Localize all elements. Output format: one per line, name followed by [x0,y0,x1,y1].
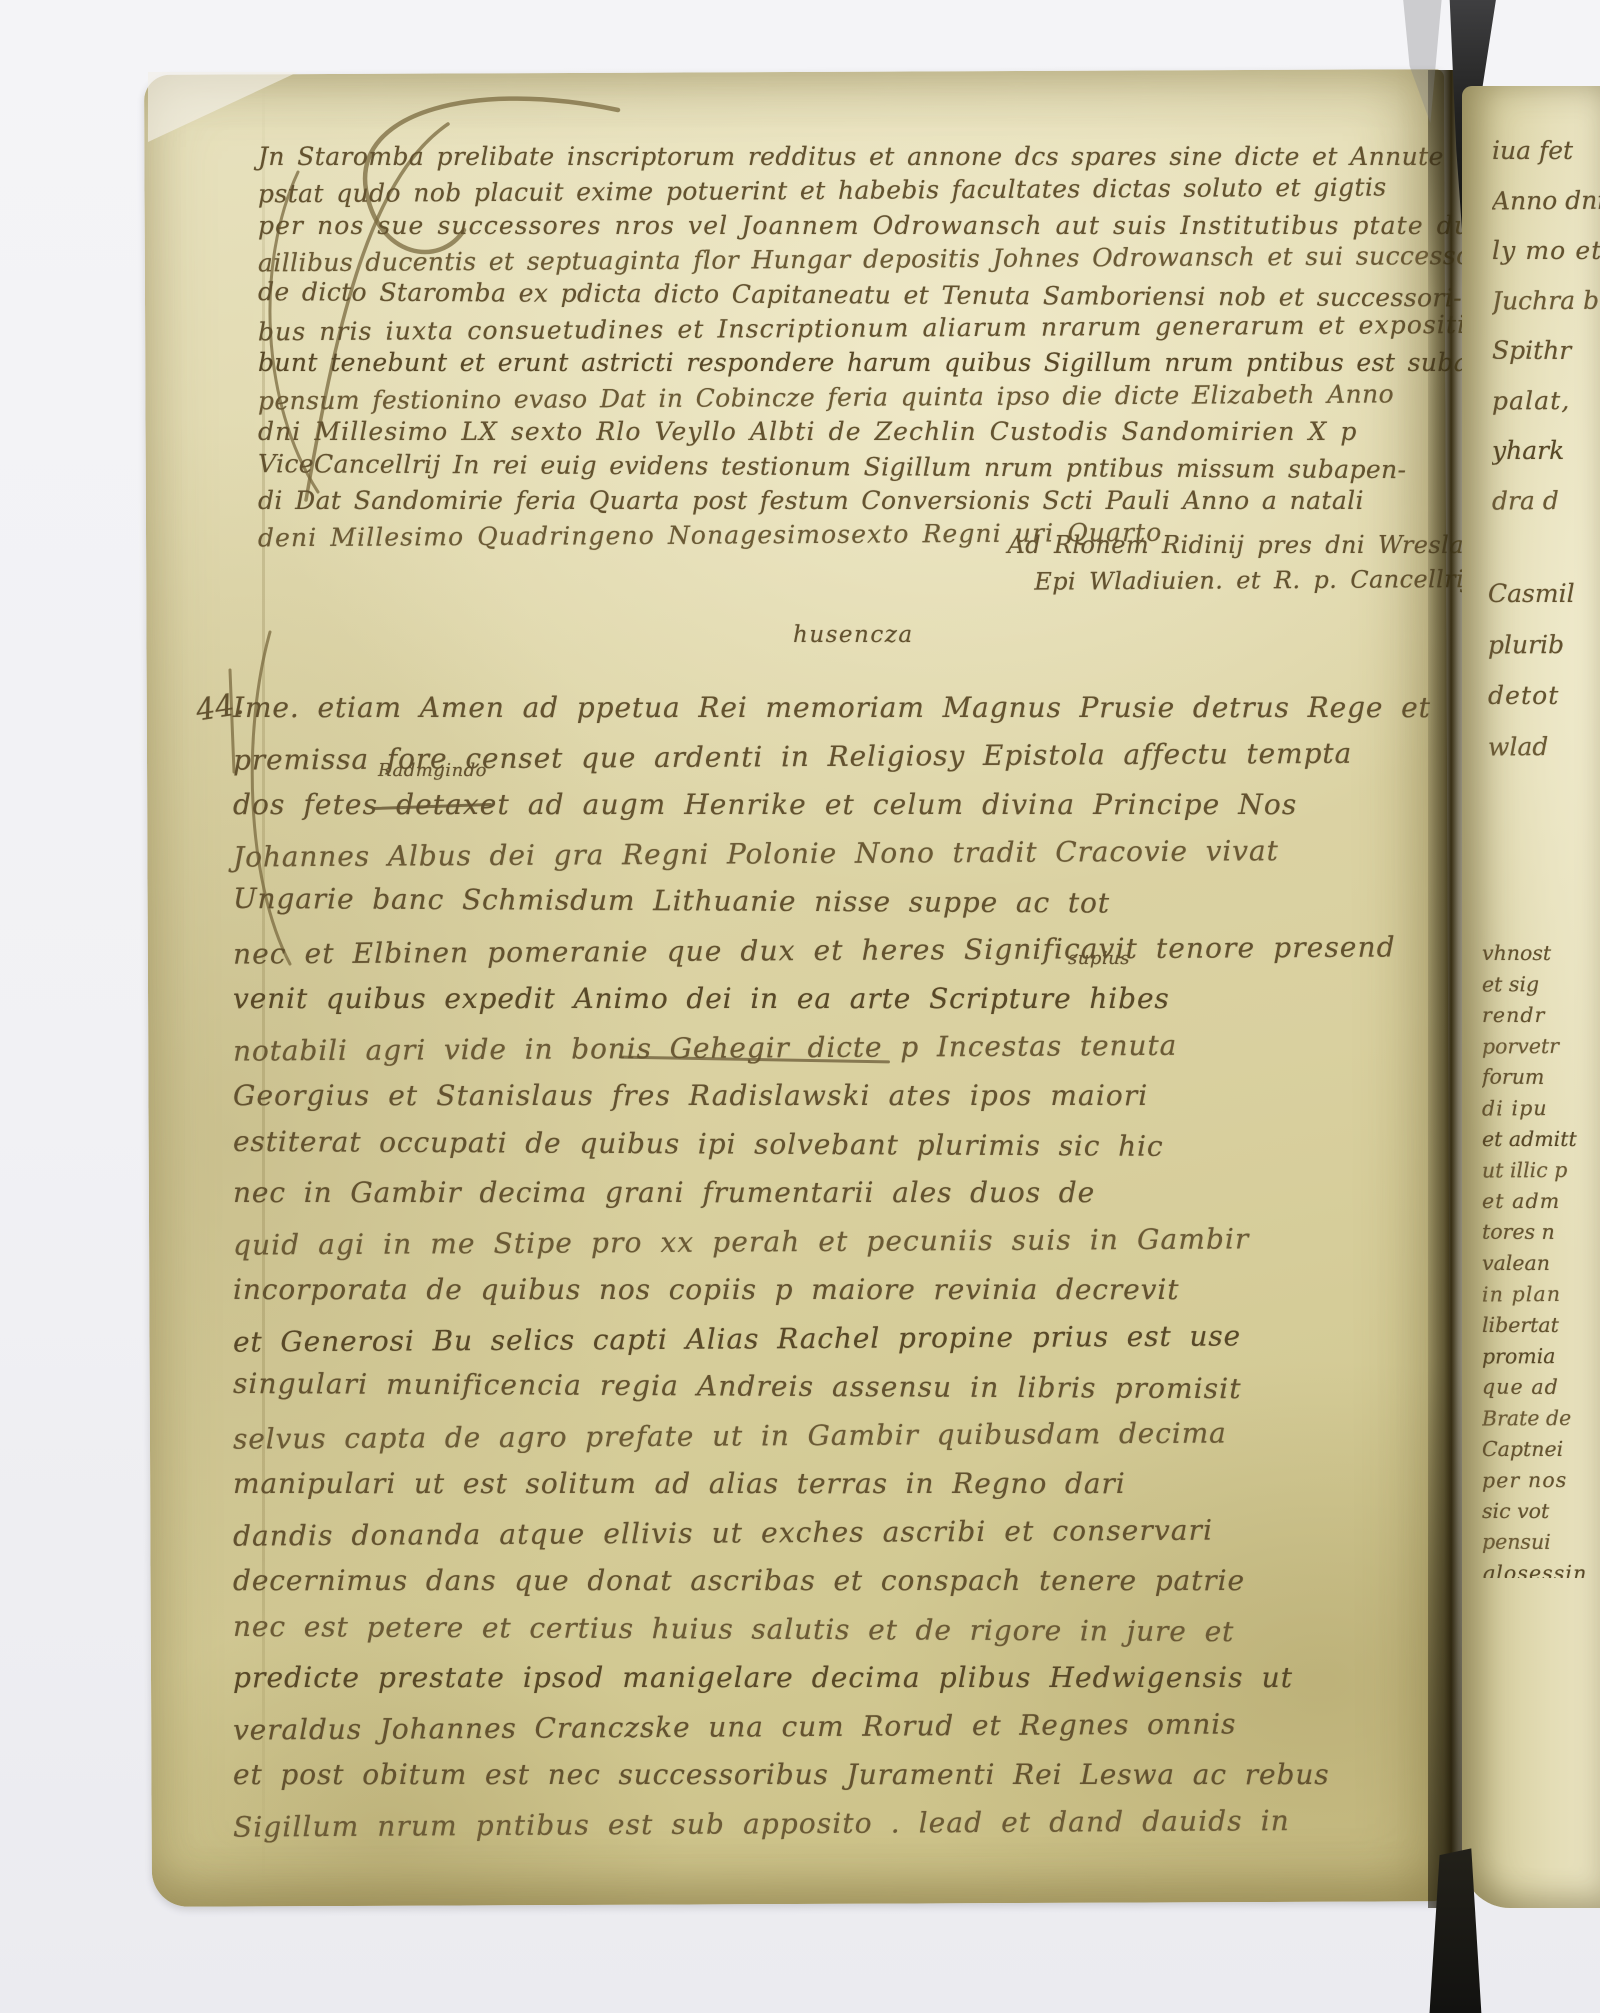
entry-main-text-block: Ime. etiam Amen ad ppetua Rei memoriam M… [233,684,1403,1848]
fragment-line: et sig [1482,969,1600,1001]
manuscript-line: Ungarie banc Schmisdum Lithuanie nisse s… [233,875,1403,930]
fragment-line: iua fet [1492,126,1600,176]
manuscript-line: et post obitum est nec successoribus Jur… [233,1751,1403,1800]
fragment-line: vhnost [1482,938,1600,969]
fragment-line: Anno dni [1492,176,1600,227]
manuscript-line: estiterat occupati de quibus ipi solveba… [233,1117,1403,1172]
fragment-line: sic vot [1482,1496,1600,1527]
manuscript-line: veraldus Johannes Cranczske una cum Roru… [233,1699,1403,1755]
fragment-line: di ipu [1482,1093,1600,1125]
manuscript-line: predicte prestate ipsod manigelare decim… [233,1654,1403,1703]
manuscript-line: nec et Elbinen pomeranie que dux et here… [233,923,1403,979]
right-page-text-fragments-bottom: vhnostet sigrendrporvetrforumdi ipuet ad… [1482,938,1600,1578]
manuscript-line: Sigillum nrum pntibus est sub apposito .… [233,1796,1403,1852]
manuscript-line: manipulari ut est solitum ad alias terra… [233,1460,1403,1509]
manuscript-line: singulari munificencia regia Andreis ass… [233,1360,1403,1415]
entry-heading: husencza [793,622,914,648]
manuscript-line: nec in Gambir decima grani frumentarii a… [233,1169,1403,1218]
fragment-line: valean [1482,1248,1600,1279]
fragment-line: pensui [1482,1527,1600,1559]
fragment-line: per nos [1482,1465,1600,1497]
manuscript-line: pensum festionino evaso Dat in Cobincze … [258,377,1358,418]
manuscript-line: dni Millesimo LX sexto Rlo Veyllo Albti … [258,415,1358,449]
fragment-line: glosessin [1482,1558,1600,1578]
manuscript-line: decernimus dans que donat ascribas et co… [233,1557,1403,1606]
manuscript-line: Jn Staromba prelibate inscriptorum reddi… [258,140,1358,174]
manuscript-line: Ime. etiam Amen ad ppetua Rei memoriam M… [233,684,1403,733]
manuscript-line: Georgius et Stanislaus fres Radislawski … [233,1072,1403,1121]
interlinear-insertion: supius [1068,948,1130,969]
fragment-line: ut illic p [1482,1155,1600,1187]
fragment-line: ly mo et K [1492,226,1600,276]
manuscript-line: incorporata de quibus nos copiis p maior… [233,1266,1403,1315]
fragment-line: que ad [1482,1372,1600,1404]
fragment-line: palat, [1492,376,1600,427]
fragment-line: Captnei [1482,1434,1600,1465]
entry-top-text-block: Jn Staromba prelibate inscriptorum reddi… [258,140,1358,553]
fragment-line: rendr [1482,1000,1600,1031]
signature-line: Epi Wladiuien. et R. p. Cancellrij [812,561,1472,601]
fragment-line: plurib [1488,619,1600,671]
signature-line: Ad Rlonem Ridinij pres dni Wreslai [812,527,1472,563]
manuscript-line: quid agi in me Stipe pro xx perah et pec… [233,1214,1403,1270]
interlinear-insertion: Radmgindo [378,760,487,781]
manuscript-line: Johannes Albus dei gra Regni Polonie Non… [233,826,1403,882]
right-page-text-fragments-middle: Casmilpluribdetotwlad [1488,568,1600,780]
manuscript-line: venit quibus expedit Animo dei in ea art… [233,975,1403,1024]
fragment-line: porvetr [1482,1031,1600,1063]
manuscript-line: nec est petere et certius huius salutis … [233,1602,1403,1657]
fragment-line: libertat [1482,1310,1600,1341]
fragment-line: et admitt [1482,1124,1600,1155]
manuscript-line: di Dat Sandomirie feria Quarta post fest… [258,484,1358,518]
manuscript-line: et Generosi Bu selics capti Alias Rachel… [233,1311,1403,1367]
fragment-line: Casmil [1488,568,1600,619]
manuscript-line: selvus capta de agro prefate ut in Gambi… [233,1408,1403,1464]
fragment-line: dra d [1492,476,1600,527]
manuscript-line: bus nris iuxta consuetudines et Inscript… [258,309,1358,350]
manuscript-line: ViceCancellrij In rei euig evidens testi… [258,447,1358,487]
fragment-line: promia [1482,1341,1600,1373]
manuscript-line: per nos sue successores nros vel Joannem… [258,209,1358,243]
fragment-line: yhark [1492,426,1600,476]
right-page-text-fragments-top: iua fetAnno dnily mo et KJuchra bSpithrp… [1492,126,1600,536]
photo-backdrop: Jn Staromba prelibate inscriptorum reddi… [0,0,1600,2013]
manuscript-line: bunt tenebunt et erunt astricti responde… [258,346,1358,380]
manuscript-line: notabili agri vide in bonis Gehegir dict… [233,1020,1403,1076]
manuscript-line: dandis donanda atque ellivis ut exches a… [233,1505,1403,1561]
fragment-line: Juchra b [1492,276,1600,327]
fragment-line: et adm [1482,1186,1600,1217]
fragment-line: wlad [1488,721,1600,773]
fragment-line: forum [1482,1062,1600,1094]
manuscript-line: pstat qudo nob placuit exime potuerint e… [258,171,1358,212]
fragment-line: Brate de [1482,1403,1600,1435]
fragment-line: in plan [1482,1279,1600,1311]
manuscript-line: aillibus ducentis et septuaginta flor Hu… [258,240,1358,281]
fragment-line: detot [1488,670,1600,721]
fragment-line: tores n [1482,1217,1600,1249]
chancery-signature: Ad Rlonem Ridinij pres dni WreslaiEpi Wl… [812,527,1472,599]
fragment-line: Spithr [1492,326,1600,377]
